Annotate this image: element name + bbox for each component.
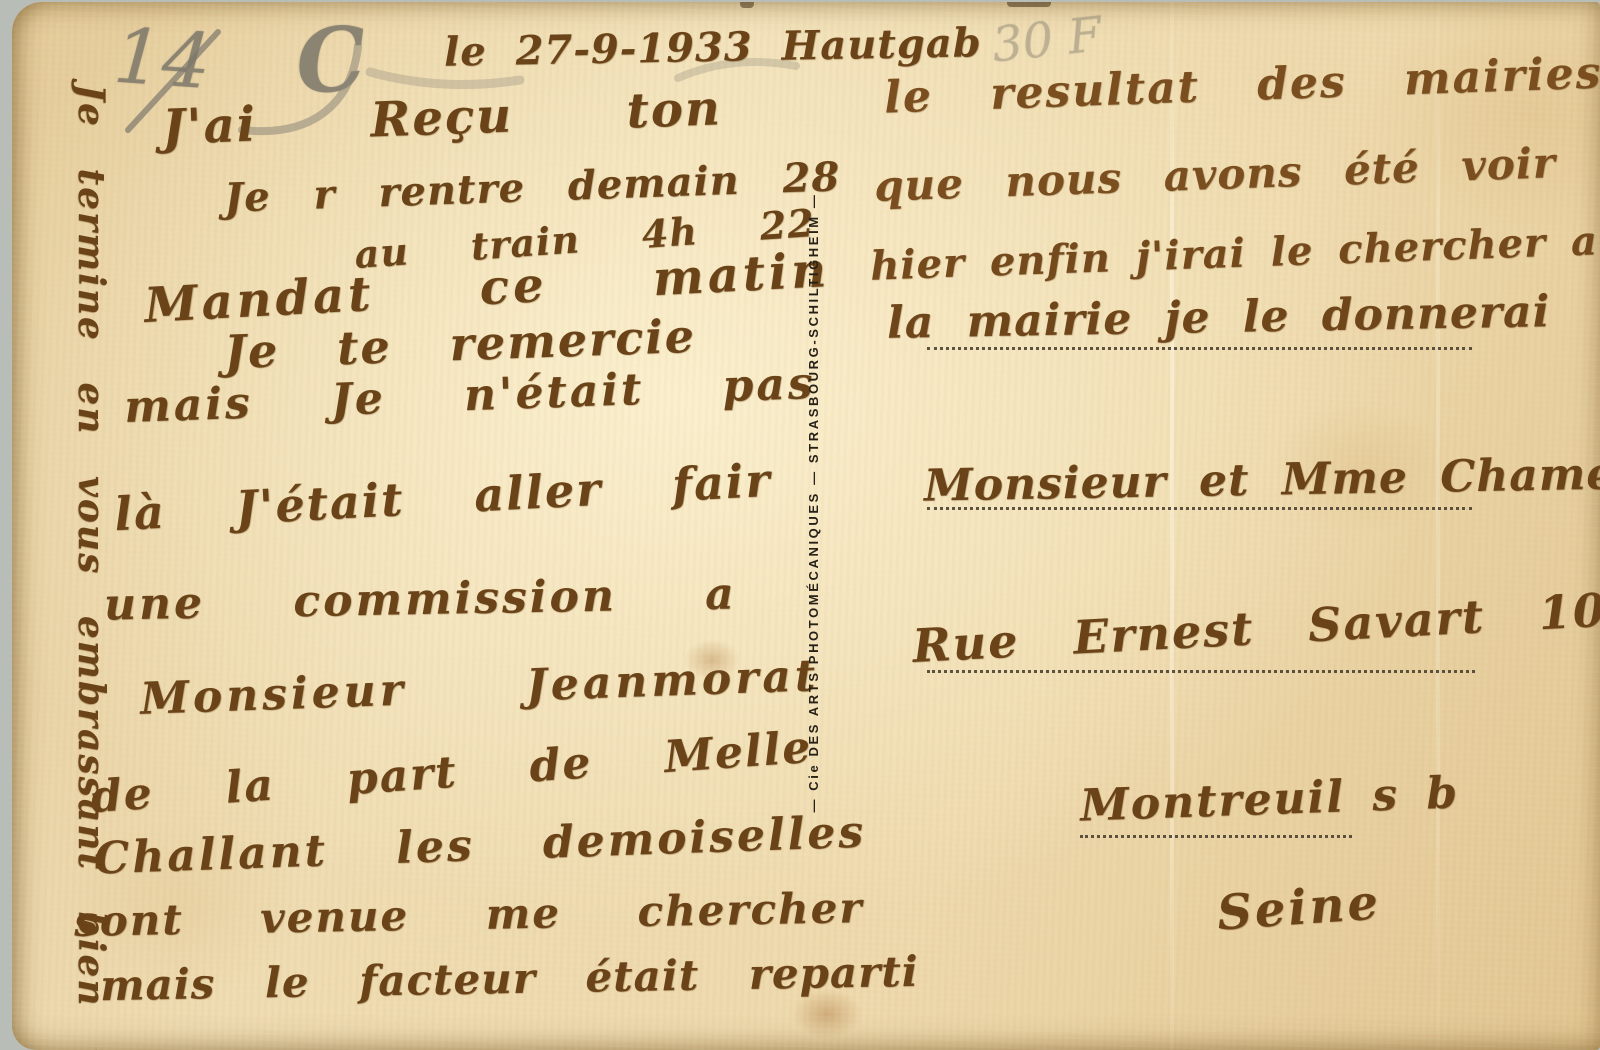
pencil-number-14: 14 [111,11,214,107]
message-line: là J'était aller fair [113,453,773,541]
address-recipient: Monsieur et Mme Chamelle [924,447,1600,511]
top-edge-nick [1007,2,1051,7]
address-dotted-line [927,347,1472,350]
address-dotted-line [1080,835,1352,838]
message-line: de la part de Melle [89,722,814,823]
address-dotted-line [927,670,1475,673]
margin-note: Je termine en vous embrassant bien tous [70,84,112,1042]
message-line: Challant les demoiselles [93,807,867,885]
address-street: Rue Ernest Savart 109 [911,581,1600,673]
message-line: la mairie je le donnerai [887,286,1551,349]
address-department: Seine [1215,874,1382,941]
message-line: J'ai Reçu ton [161,80,722,156]
address-city: Montreuil s b [1079,767,1460,831]
postcard: 14 C 30 F le 27-9-1933 Hautgab J'ai Reçu… [12,2,1600,1050]
date-line: le 27-9-1933 Hautgab [444,19,982,75]
message-line: hier enfin j'irai le chercher a [869,217,1598,289]
message-line: le resultat des mairies [883,47,1600,123]
printer-imprint: — Cie DES ARTS PHOTOMÉCANIQUES — STRASBO… [806,115,826,890]
message-line: Monsieur Jeanmorat [139,650,820,725]
top-edge-nick [740,2,754,8]
message-line: une commission a [104,568,737,630]
message-line: que nous avons été voir [873,138,1556,211]
message-line: mais le facteur était reparti [100,947,919,1010]
pencil-price-note: 30 F [989,6,1104,73]
message-line: sont venue me chercher [74,883,864,946]
